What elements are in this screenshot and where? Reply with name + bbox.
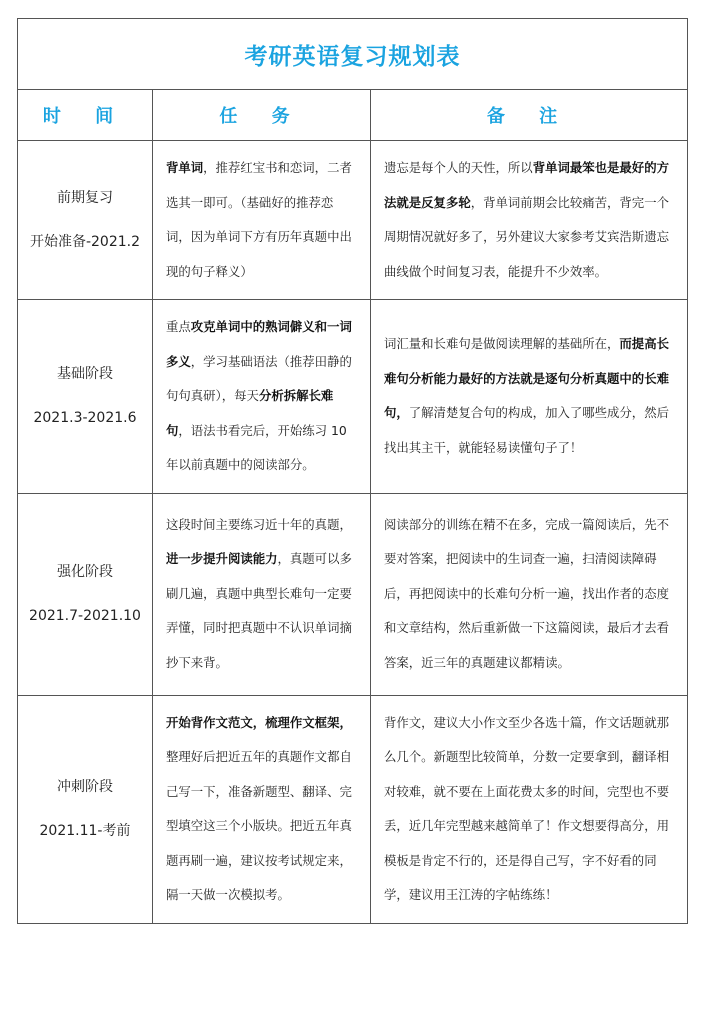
text-segment: 这段时间主要练习近十年的真题， bbox=[166, 517, 352, 532]
bold-text: 背单词 bbox=[166, 160, 203, 175]
task-cell: 开始背作文范文，梳理作文框架，整理好后把近五年的真题作文都自己写一下，准备新题型… bbox=[153, 695, 371, 923]
text-segment: ，语法书看完后，开始练习 10 年以前真题中的阅读部分。 bbox=[166, 423, 347, 473]
text-segment: ，真题可以多刷几遍，真题中典型长难句一定要弄懂，同时把真题中不认识单词摘抄下来背… bbox=[166, 551, 352, 670]
header-task: 任 务 bbox=[153, 90, 371, 141]
stage-name: 前期复习 bbox=[18, 176, 152, 220]
text-segment: 阅读部分的训练在精不在多，完成一篇阅读后，先不要对答案，把阅读中的生词查一遍，扫… bbox=[384, 517, 669, 670]
table-row: 冲刺阶段 2021.11-考前 开始背作文范文，梳理作文框架，整理好后把近五年的… bbox=[18, 695, 688, 923]
bold-text: 开始背作文范文，梳理作文框架， bbox=[166, 715, 352, 730]
stage-period: 2021.3-2021.6 bbox=[18, 396, 152, 440]
text-segment: 重点 bbox=[166, 319, 191, 334]
text-segment: 了解清楚复合句的构成，加入了哪些成分，然后找出其主干，就能轻易读懂句子了！ bbox=[384, 405, 669, 455]
study-plan-table: 考研英语复习规划表 时 间 任 务 备 注 前期复习 开始准备-2021.2 背… bbox=[17, 18, 688, 924]
note-cell: 词汇量和长难句是做阅读理解的基础所在，而提高长难句分析能力最好的方法就是逐句分析… bbox=[371, 300, 688, 494]
table-row: 基础阶段 2021.3-2021.6 重点攻克单词中的熟词僻义和一词多义，学习基… bbox=[18, 300, 688, 494]
task-cell: 背单词，推荐红宝书和恋词，二者选其一即可。（基础好的推荐恋词，因为单词下方有历年… bbox=[153, 141, 371, 300]
bold-text: 进一步提升阅读能力 bbox=[166, 551, 278, 566]
text-segment: 词汇量和长难句是做阅读理解的基础所在， bbox=[384, 336, 619, 351]
text-segment: 整理好后把近五年的真题作文都自己写一下，准备新题型、翻译、完型填空这三个小版块。… bbox=[166, 749, 352, 902]
time-cell: 前期复习 开始准备-2021.2 bbox=[18, 141, 153, 300]
task-cell: 这段时间主要练习近十年的真题，进一步提升阅读能力，真题可以多刷几遍，真题中典型长… bbox=[153, 493, 371, 695]
time-cell: 冲刺阶段 2021.11-考前 bbox=[18, 695, 153, 923]
note-cell: 背作文，建议大小作文至少各选十篇，作文话题就那么几个。新题型比较简单，分数一定要… bbox=[371, 695, 688, 923]
note-cell: 遗忘是每个人的天性，所以背单词最笨也是最好的方法就是反复多轮，背单词前期会比较痛… bbox=[371, 141, 688, 300]
stage-name: 基础阶段 bbox=[18, 352, 152, 396]
time-cell: 强化阶段 2021.7-2021.10 bbox=[18, 493, 153, 695]
stage-name: 冲刺阶段 bbox=[18, 765, 152, 809]
time-cell: 基础阶段 2021.3-2021.6 bbox=[18, 300, 153, 494]
page-title: 考研英语复习规划表 bbox=[245, 44, 461, 70]
stage-name: 强化阶段 bbox=[18, 550, 152, 594]
text-segment: ，推荐红宝书和恋词，二者选其一即可。（基础好的推荐恋词，因为单词下方有历年真题中… bbox=[166, 160, 352, 279]
header-note: 备 注 bbox=[371, 90, 688, 141]
text-segment: 背作文，建议大小作文至少各选十篇，作文话题就那么几个。新题型比较简单，分数一定要… bbox=[384, 715, 669, 903]
stage-period: 2021.7-2021.10 bbox=[18, 594, 152, 638]
text-segment: 遗忘是每个人的天性，所以 bbox=[384, 160, 533, 175]
title-cell: 考研英语复习规划表 bbox=[18, 19, 688, 90]
note-cell: 阅读部分的训练在精不在多，完成一篇阅读后，先不要对答案，把阅读中的生词查一遍，扫… bbox=[371, 493, 688, 695]
header-time: 时 间 bbox=[18, 90, 153, 141]
stage-period: 开始准备-2021.2 bbox=[18, 220, 152, 264]
table-row: 前期复习 开始准备-2021.2 背单词，推荐红宝书和恋词，二者选其一即可。（基… bbox=[18, 141, 688, 300]
stage-period: 2021.11-考前 bbox=[18, 809, 152, 853]
task-cell: 重点攻克单词中的熟词僻义和一词多义，学习基础语法（推荐田静的句句真研），每天分析… bbox=[153, 300, 371, 494]
table-row: 强化阶段 2021.7-2021.10 这段时间主要练习近十年的真题，进一步提升… bbox=[18, 493, 688, 695]
